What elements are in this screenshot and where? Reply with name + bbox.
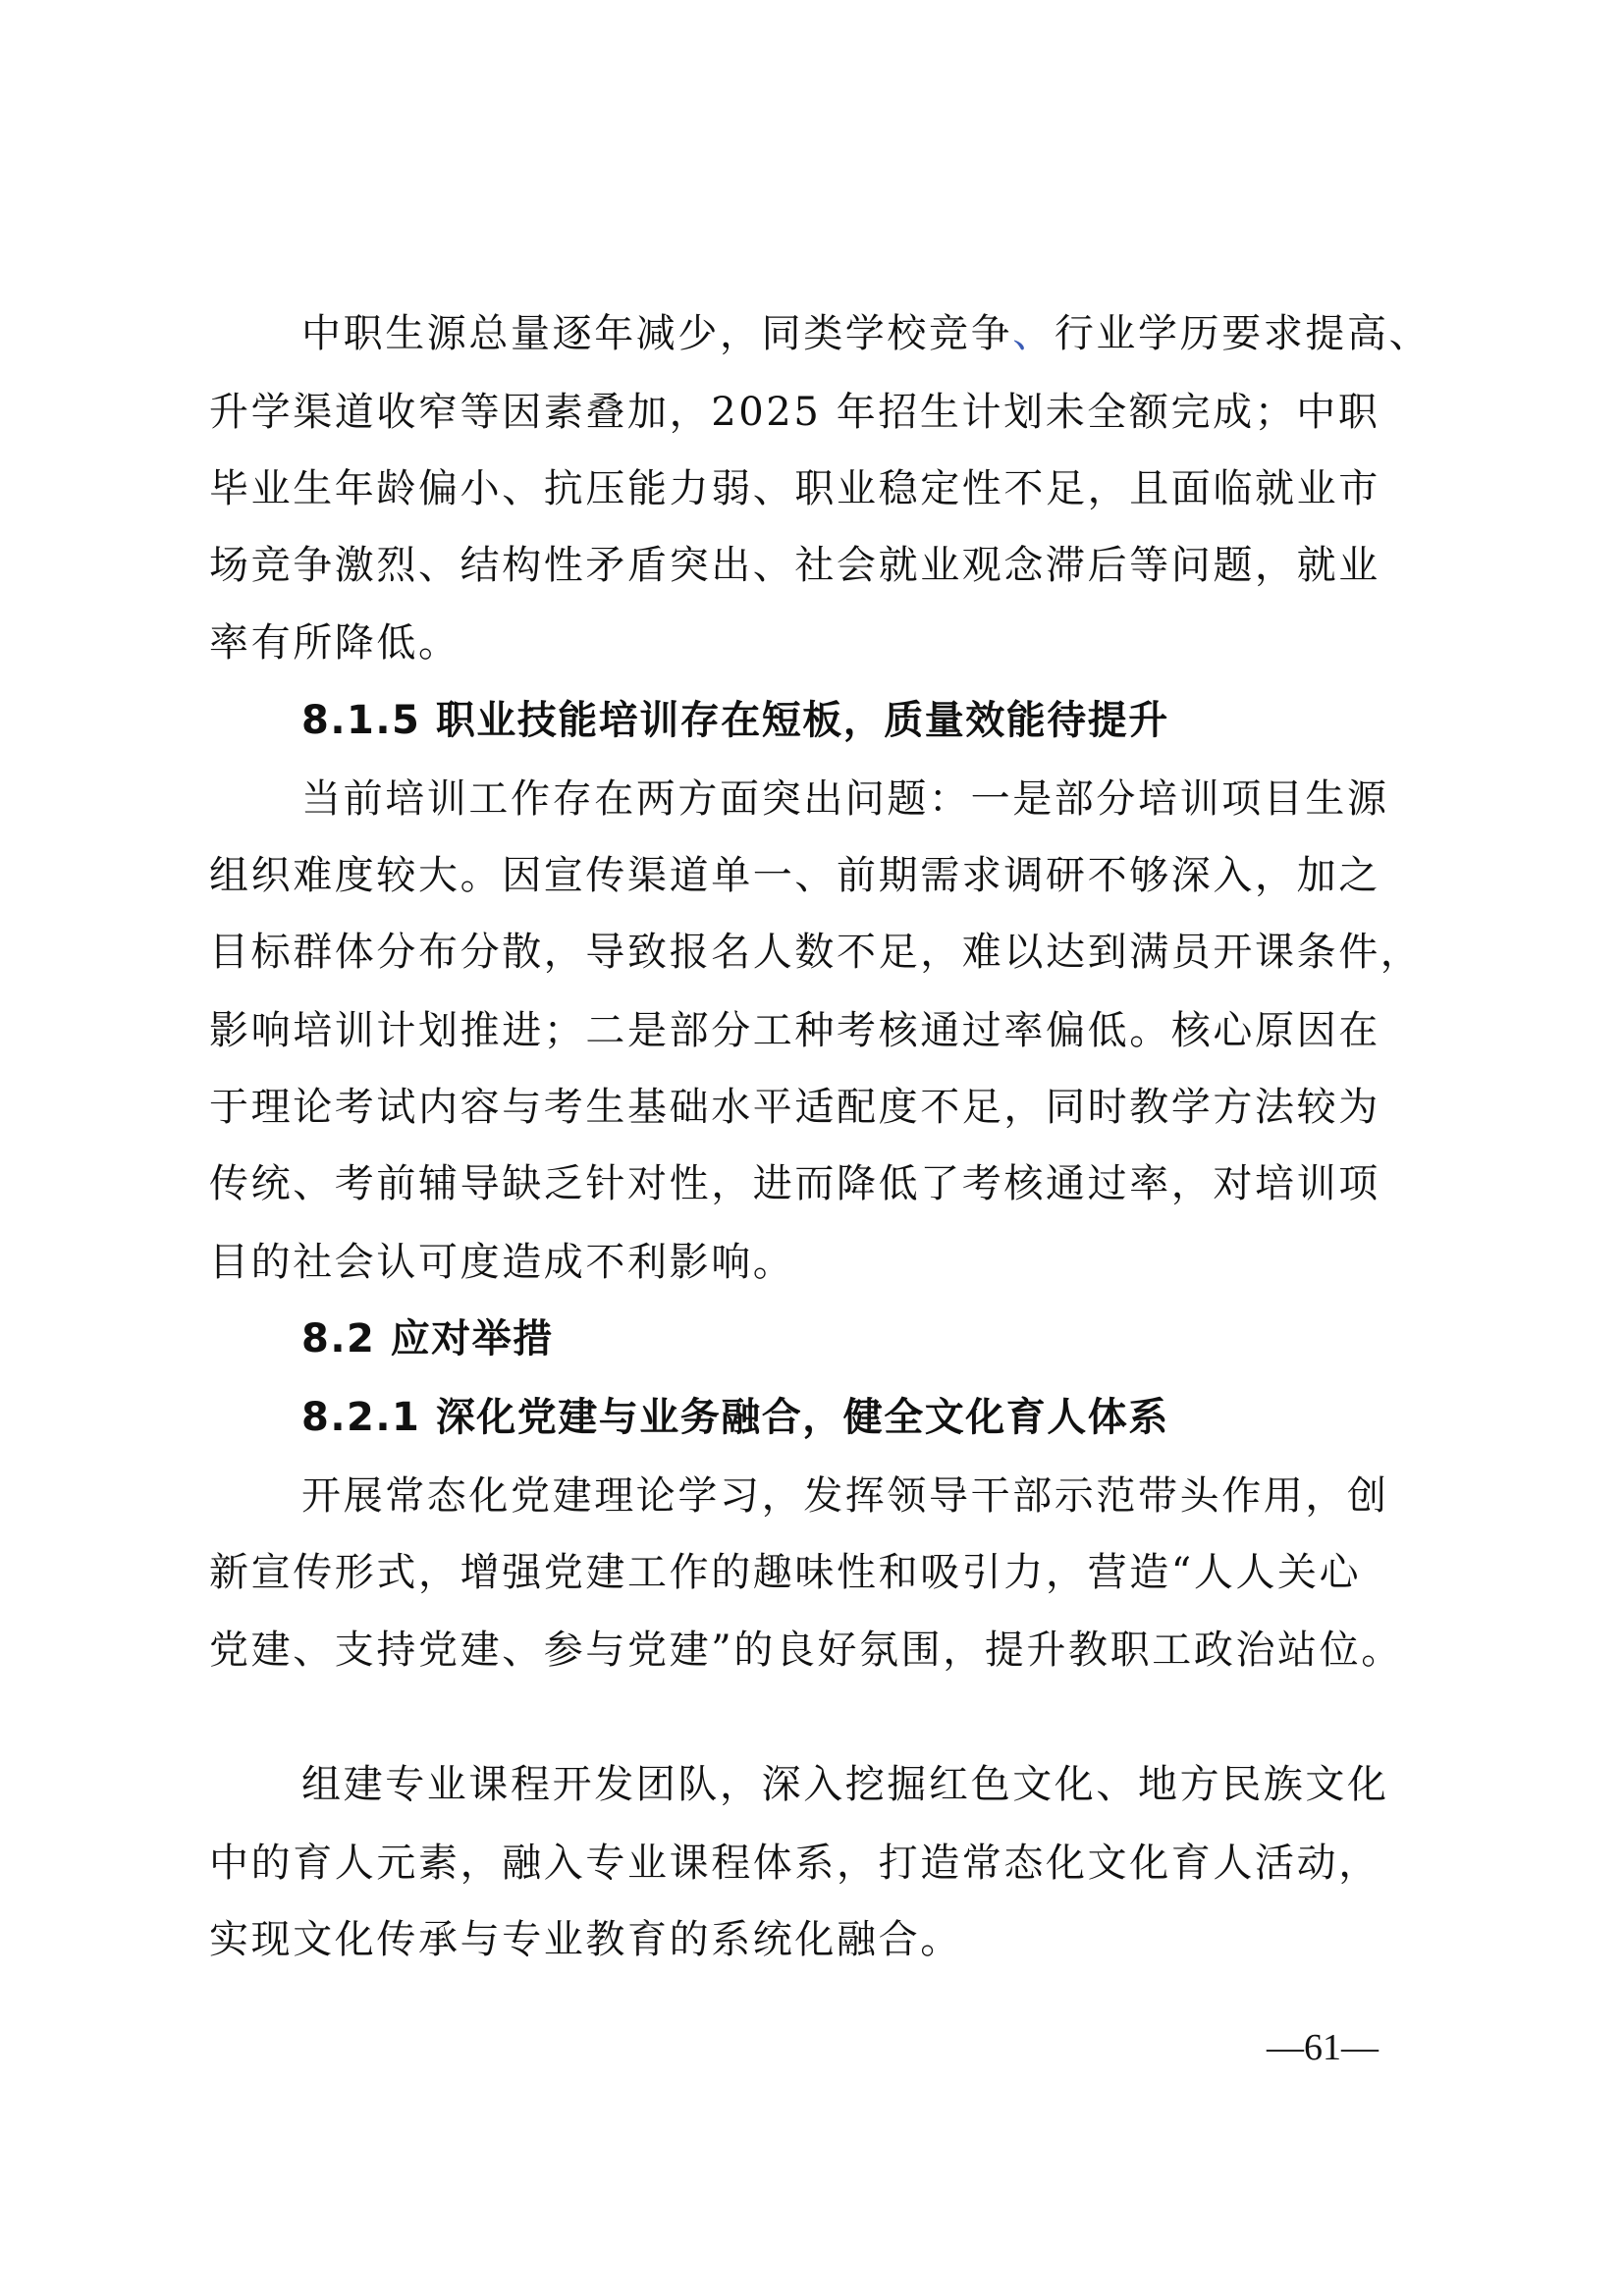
paragraph-line: 党建、支持党建、参与党建”的良好氛围，提升教职工政治站位。: [209, 1625, 1427, 1676]
paragraph-line: 影响培训计划推进；二是部分工种考核通过率偏低。核心原因在: [209, 1005, 1427, 1056]
paragraph-line: 目标群体分布分散，导致报名人数不足，难以达到满员开课条件，: [209, 927, 1427, 978]
paragraph-line: 组织难度较大。因宣传渠道单一、前期需求调研不够深入，加之: [209, 850, 1427, 901]
section-heading-8-2: 8.2 应对举措: [209, 1313, 1427, 1364]
paragraph-line: 实现文化传承与专业教育的系统化融合。: [209, 1914, 1427, 1965]
paragraph-line: 率有所降低。: [209, 617, 1427, 668]
paragraph-line: 于理论考试内容与考生基础水平适配度不足，同时教学方法较为: [209, 1082, 1427, 1133]
paragraph-line: 毕业生年龄偏小、抗压能力弱、职业稳定性不足，且面临就业市: [209, 463, 1427, 514]
page-number: —61—: [1267, 2026, 1379, 2069]
highlighted-comma: 、: [1012, 311, 1055, 356]
text-segment: 行业学历要求提高、: [1055, 311, 1431, 356]
section-heading-8-1-5: 8.1.5 职业技能培训存在短板，质量效能待提升: [209, 695, 1427, 746]
paragraph-line: 组建专业课程开发团队，深入挖掘红色文化、地方民族文化: [209, 1759, 1427, 1810]
paragraph-line: 新宣传形式，增强党建工作的趣味性和吸引力，营造“人人关心: [209, 1547, 1427, 1598]
paragraph-line: 当前培训工作存在两方面突出问题：一是部分培训项目生源: [209, 774, 1427, 825]
paragraph-line: 场竞争激烈、结构性矛盾突出、社会就业观念滞后等问题，就业: [209, 540, 1427, 591]
paragraph-line: 中职生源总量逐年减少，同类学校竞争、行业学历要求提高、: [209, 308, 1427, 359]
paragraph-line: 开展常态化党建理论学习，发挥领导干部示范带头作用，创: [209, 1470, 1427, 1522]
paragraph-line: 升学渠道收窄等因素叠加，2025 年招生计划未全额完成；中职: [209, 387, 1427, 438]
paragraph-line: 中的育人元素，融入专业课程体系，打造常态化文化育人活动，: [209, 1838, 1427, 1889]
section-heading-8-2-1: 8.2.1 深化党建与业务融合，健全文化育人体系: [209, 1392, 1427, 1443]
document-page: 中职生源总量逐年减少，同类学校竞争、行业学历要求提高、 升学渠道收窄等因素叠加，…: [0, 0, 1623, 2296]
text-segment: 中职生源总量逐年减少，同类学校竞争: [301, 311, 1012, 356]
paragraph-line: 目的社会认可度造成不利影响。: [209, 1237, 1427, 1288]
paragraph-line: 传统、考前辅导缺乏针对性，进而降低了考核通过率，对培训项: [209, 1158, 1427, 1209]
